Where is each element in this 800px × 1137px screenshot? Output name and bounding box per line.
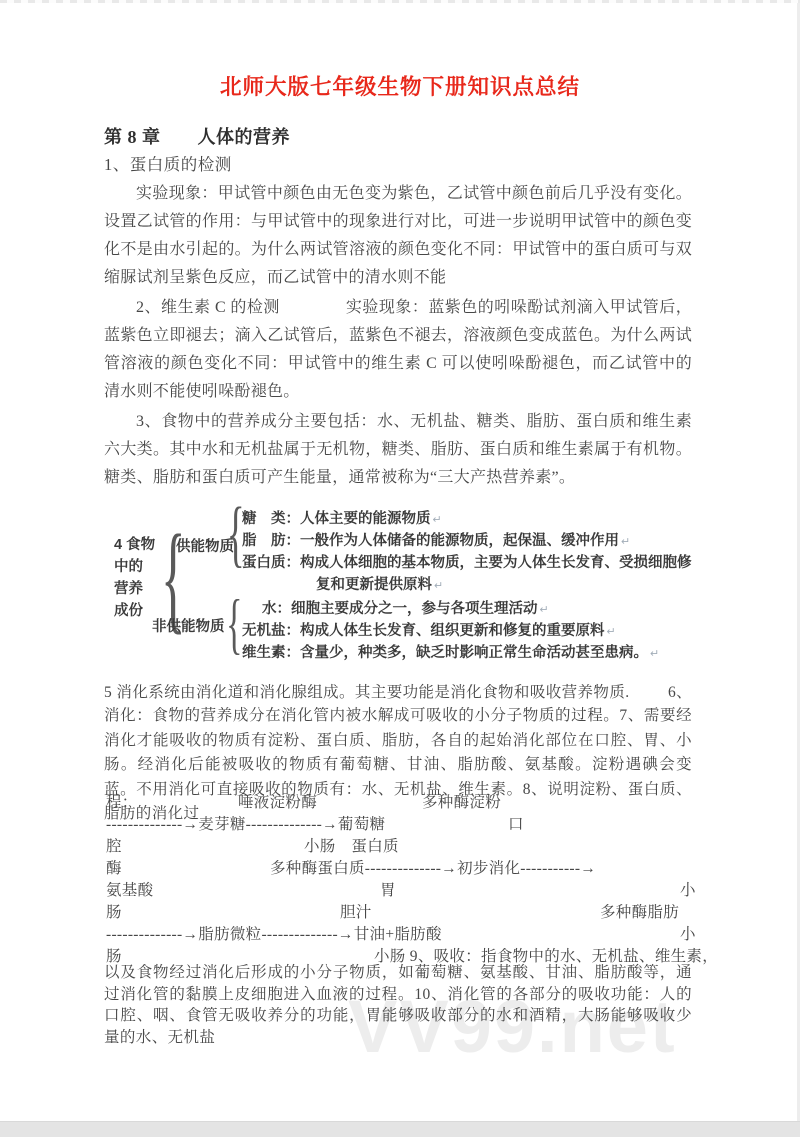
flow-label-xiao: 小 [680, 878, 696, 900]
return-mark-icon: ↵ [650, 648, 659, 660]
concept-root-label-line3: 营养 [114, 577, 143, 598]
flow-label-multi-enzyme-starch: 多种酶淀粉 [422, 790, 501, 812]
non-energy-item-vitamins-text: 维生素：含量少，种类多，缺乏时影响正常生命活动甚至患病。 [242, 645, 648, 661]
document-page: VV99.net 北师大版七年级生物下册知识点总结 第 8 章 人体的营养 1、… [0, 0, 800, 1137]
non-energy-item-water-text: 水：细胞主要成分之一，参与各项生理活动 [262, 601, 538, 617]
flow-row-5: 氨基酸 胃 小 [104, 878, 744, 900]
digestion-flow-diagram: 程： 唾液淀粉酶 多种酶淀粉 --------------→麦芽糖-------… [104, 790, 744, 966]
energy-item-sugar: 糖 类：人体主要的能源物质↵ [242, 507, 442, 528]
page-top-edge [0, 0, 800, 3]
flow-label-multi-enzyme-fat: 多种酶脂肪 [600, 900, 679, 922]
page-bottom-strip [0, 1121, 800, 1137]
energy-group-label: 供能物质 [176, 535, 234, 556]
digestion-overview-text: 5 消化系统由消化道和消化腺组成。其主要功能是消化食物和吸收营养物质. [104, 680, 630, 702]
flow-arrow-fat-glycerol: --------------→脂肪微粒--------------→甘油+脂肪酸 [106, 922, 442, 944]
flow-label-salivary-amylase: 唾液淀粉酶 [238, 790, 317, 812]
flow-label-amino-acid: 氨基酸 [106, 878, 153, 900]
paragraph-vitamin-c-test: 2、维生素 C 的检测 实验现象：蓝紫色的吲哚酚试剂滴入甲试管后，蓝紫色立即褪去… [104, 294, 692, 406]
non-energy-item-minerals-text: 无机盐：构成人体生长发育、组织更新和修复的重要原料 [242, 623, 605, 639]
flow-label-small-intestine-protein: 小肠 蛋白质 [304, 834, 399, 856]
flow-label-kou: 口 [508, 812, 524, 834]
non-energy-item-minerals: 无机盐：构成人体生长发育、组织更新和修复的重要原料↵ [242, 619, 616, 640]
concept-root-label-line4: 成份 [114, 599, 143, 620]
flow-label-stomach: 胃 [380, 878, 396, 900]
return-mark-icon: ↵ [434, 580, 443, 592]
flow-label-bile: 胆汁 [340, 900, 372, 922]
flow-label-chang: 肠 [106, 900, 122, 922]
flow-label-xiao2: 小 [680, 922, 696, 944]
section-1-heading: 1、蛋白质的检测 [104, 151, 232, 175]
energy-item-protein-wrap-text: 复和更新提供原料 [316, 577, 432, 593]
energy-item-fat: 脂 肪：一般作为人体储备的能源物质，起保温、缓冲作用↵ [242, 529, 630, 550]
non-energy-item-vitamins: 维生素：含量少，种类多，缺乏时影响正常生命活动甚至患病。↵ [242, 641, 659, 662]
return-mark-icon: ↵ [607, 626, 616, 638]
concept-root-label-line1: 4 食物 [114, 533, 155, 554]
nutrients-concept-map: 4 食物 中的 营养 成份 { 供能物质 { 糖 类：人体主要的能源物质↵ 脂 … [104, 503, 744, 678]
paragraph-protein-test: 实验现象：甲试管中颜色由无色变为紫色，乙试管中颜色前后几乎没有变化。设置乙试管的… [104, 180, 692, 292]
flow-label-cheng: 程： [106, 790, 138, 812]
absorption-paragraph: 以及食物经过消化后形成的小分子物质，如葡萄糖、氨基酸、甘油、脂肪酸等，通过消化管… [104, 962, 692, 1048]
non-energy-item-water: 水：细胞主要成分之一，参与各项生理活动↵ [262, 597, 549, 618]
return-mark-icon: ↵ [540, 604, 549, 616]
paragraph-nutrients: 3、食物中的营养成分主要包括：水、无机盐、糖类、脂肪、蛋白质和维生素六大类。其中… [104, 408, 692, 492]
digestion-overview-line: 5 消化系统由消化道和消化腺组成。其主要功能是消化食物和吸收营养物质. 6、 [104, 680, 692, 702]
flow-arrow-maltose-glucose: --------------→麦芽糖--------------→葡萄糖 [106, 812, 385, 834]
flow-label-qiang: 腔 [106, 834, 122, 856]
energy-item-protein: 蛋白质：构成人体细胞的基本物质，主要为人体生长发育、受损细胞修 [242, 551, 692, 572]
item-6-label: 6、 [668, 680, 692, 702]
flow-row-2: --------------→麦芽糖--------------→葡萄糖 口 [104, 812, 744, 834]
page-title: 北师大版七年级生物下册知识点总结 [0, 70, 800, 101]
concept-root-label-line2: 中的 [114, 555, 143, 576]
chapter-heading: 第 8 章 人体的营养 [104, 123, 290, 149]
return-mark-icon: ↵ [433, 514, 442, 526]
flow-arrow-protein-digestion: 多种酶蛋白质--------------→初步消化-----------→ [270, 856, 596, 878]
flow-row-4: 酶 多种酶蛋白质--------------→初步消化-----------→ [104, 856, 744, 878]
energy-item-sugar-text: 糖 类：人体主要的能源物质 [242, 511, 431, 527]
energy-item-protein-wrap: 复和更新提供原料↵ [316, 573, 443, 594]
return-mark-icon: ↵ [621, 536, 630, 548]
flow-label-mei: 酶 [106, 856, 122, 878]
flow-row-7: --------------→脂肪微粒--------------→甘油+脂肪酸… [104, 922, 744, 944]
flow-row-3: 腔 小肠 蛋白质 [104, 834, 744, 856]
non-energy-group-brace-icon: { [226, 589, 242, 657]
flow-row-6: 肠 胆汁 多种酶脂肪 [104, 900, 744, 922]
energy-item-fat-text: 脂 肪：一般作为人体储备的能源物质，起保温、缓冲作用 [242, 533, 619, 549]
flow-row-1: 程： 唾液淀粉酶 多种酶淀粉 [104, 790, 744, 812]
non-energy-group-label: 非供能物质 [152, 615, 225, 636]
energy-item-protein-text: 蛋白质：构成人体细胞的基本物质，主要为人体生长发育、受损细胞修 [242, 555, 692, 571]
